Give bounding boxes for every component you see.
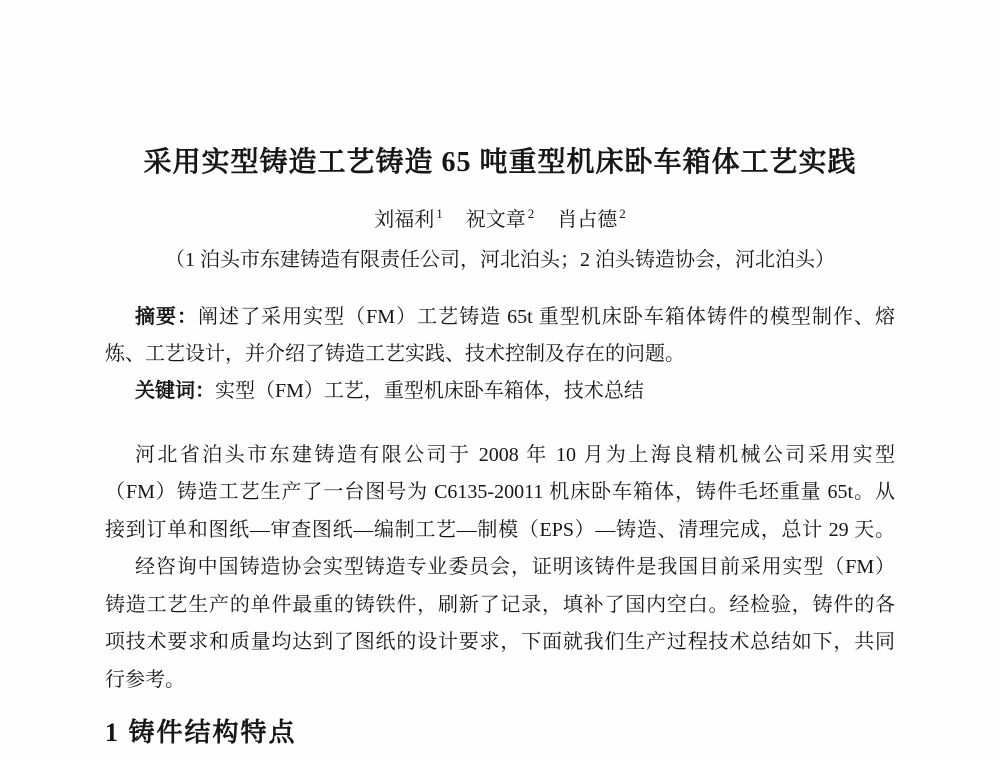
author-name: 刘福利 — [374, 209, 434, 231]
section-heading: 1 铸件结构特点 — [105, 715, 895, 751]
abstract-text: 阐述了采用实型（FM）工艺铸造 65t 重型机床卧车箱体铸件的模型制作、熔 — [198, 306, 895, 328]
body-paragraph: 经咨询中国铸造协会实型铸造专业委员会，证明该铸件是我国目前采用实型（FM） 铸造… — [105, 549, 895, 699]
page-content: 采用实型铸造工艺铸造 65 吨重型机床卧车箱体工艺实践 刘福利1 祝文章2 肖占… — [105, 0, 895, 751]
paragraph-line: 铸造工艺生产的单件最重的铸铁件，刷新了记录，填补了国内空白。经检验，铸件的各 — [105, 587, 895, 625]
author: 肖占德2 — [557, 209, 626, 231]
paragraph-line: 河北省泊头市东建铸造有限公司于 2008 年 10 月为上海良精机械公司采用实型 — [105, 437, 895, 475]
keywords-label: 关键词： — [135, 380, 215, 402]
authors-line: 刘福利1 祝文章2 肖占德2 — [105, 199, 895, 235]
keywords-line: 关键词：实型（FM）工艺，重型机床卧车箱体，技术总结 — [105, 373, 895, 410]
author-affiliation-mark: 1 — [436, 206, 443, 221]
paragraph-line: 经咨询中国铸造协会实型铸造专业委员会，证明该铸件是我国目前采用实型（FM） — [105, 549, 895, 587]
document-page: 采用实型铸造工艺铸造 65 吨重型机床卧车箱体工艺实践 刘福利1 祝文章2 肖占… — [0, 0, 1000, 759]
author-affiliation-mark: 2 — [528, 206, 535, 221]
abstract-line: 摘要：阐述了采用实型（FM）工艺铸造 65t 重型机床卧车箱体铸件的模型制作、熔 — [105, 299, 895, 336]
keywords-text: 实型（FM）工艺，重型机床卧车箱体，技术总结 — [215, 380, 644, 402]
paragraph-line: （FM）铸造工艺生产了一台图号为 C6135-20011 机床卧车箱体，铸件毛坯… — [105, 474, 895, 512]
paper-title: 采用实型铸造工艺铸造 65 吨重型机床卧车箱体工艺实践 — [105, 143, 895, 183]
affiliation-line: （1 泊头市东建铸造有限责任公司，河北泊头；2 泊头铸造协会，河北泊头） — [105, 245, 895, 275]
paragraph-line: 接到订单和图纸—审查图纸—编制工艺—制模（EPS）—铸造、清理完成，总计 29 … — [105, 512, 895, 550]
author-name: 祝文章 — [466, 209, 526, 231]
author-name: 肖占德 — [557, 209, 617, 231]
author: 祝文章2 — [466, 209, 535, 231]
paragraph-line: 项技术要求和质量均达到了图纸的设计要求，下面就我们生产过程技术总结如下，共同 — [105, 624, 895, 662]
abstract-label: 摘要： — [135, 306, 198, 328]
body-paragraph: 河北省泊头市东建铸造有限公司于 2008 年 10 月为上海良精机械公司采用实型… — [105, 437, 895, 550]
abstract-line: 炼、工艺设计，并介绍了铸造工艺实践、技术控制及存在的问题。 — [105, 336, 895, 373]
author-affiliation-mark: 2 — [619, 206, 626, 221]
author: 刘福利1 — [374, 209, 443, 231]
paragraph-line: 行参考。 — [105, 662, 895, 700]
abstract-block: 摘要：阐述了采用实型（FM）工艺铸造 65t 重型机床卧车箱体铸件的模型制作、熔… — [105, 299, 895, 410]
